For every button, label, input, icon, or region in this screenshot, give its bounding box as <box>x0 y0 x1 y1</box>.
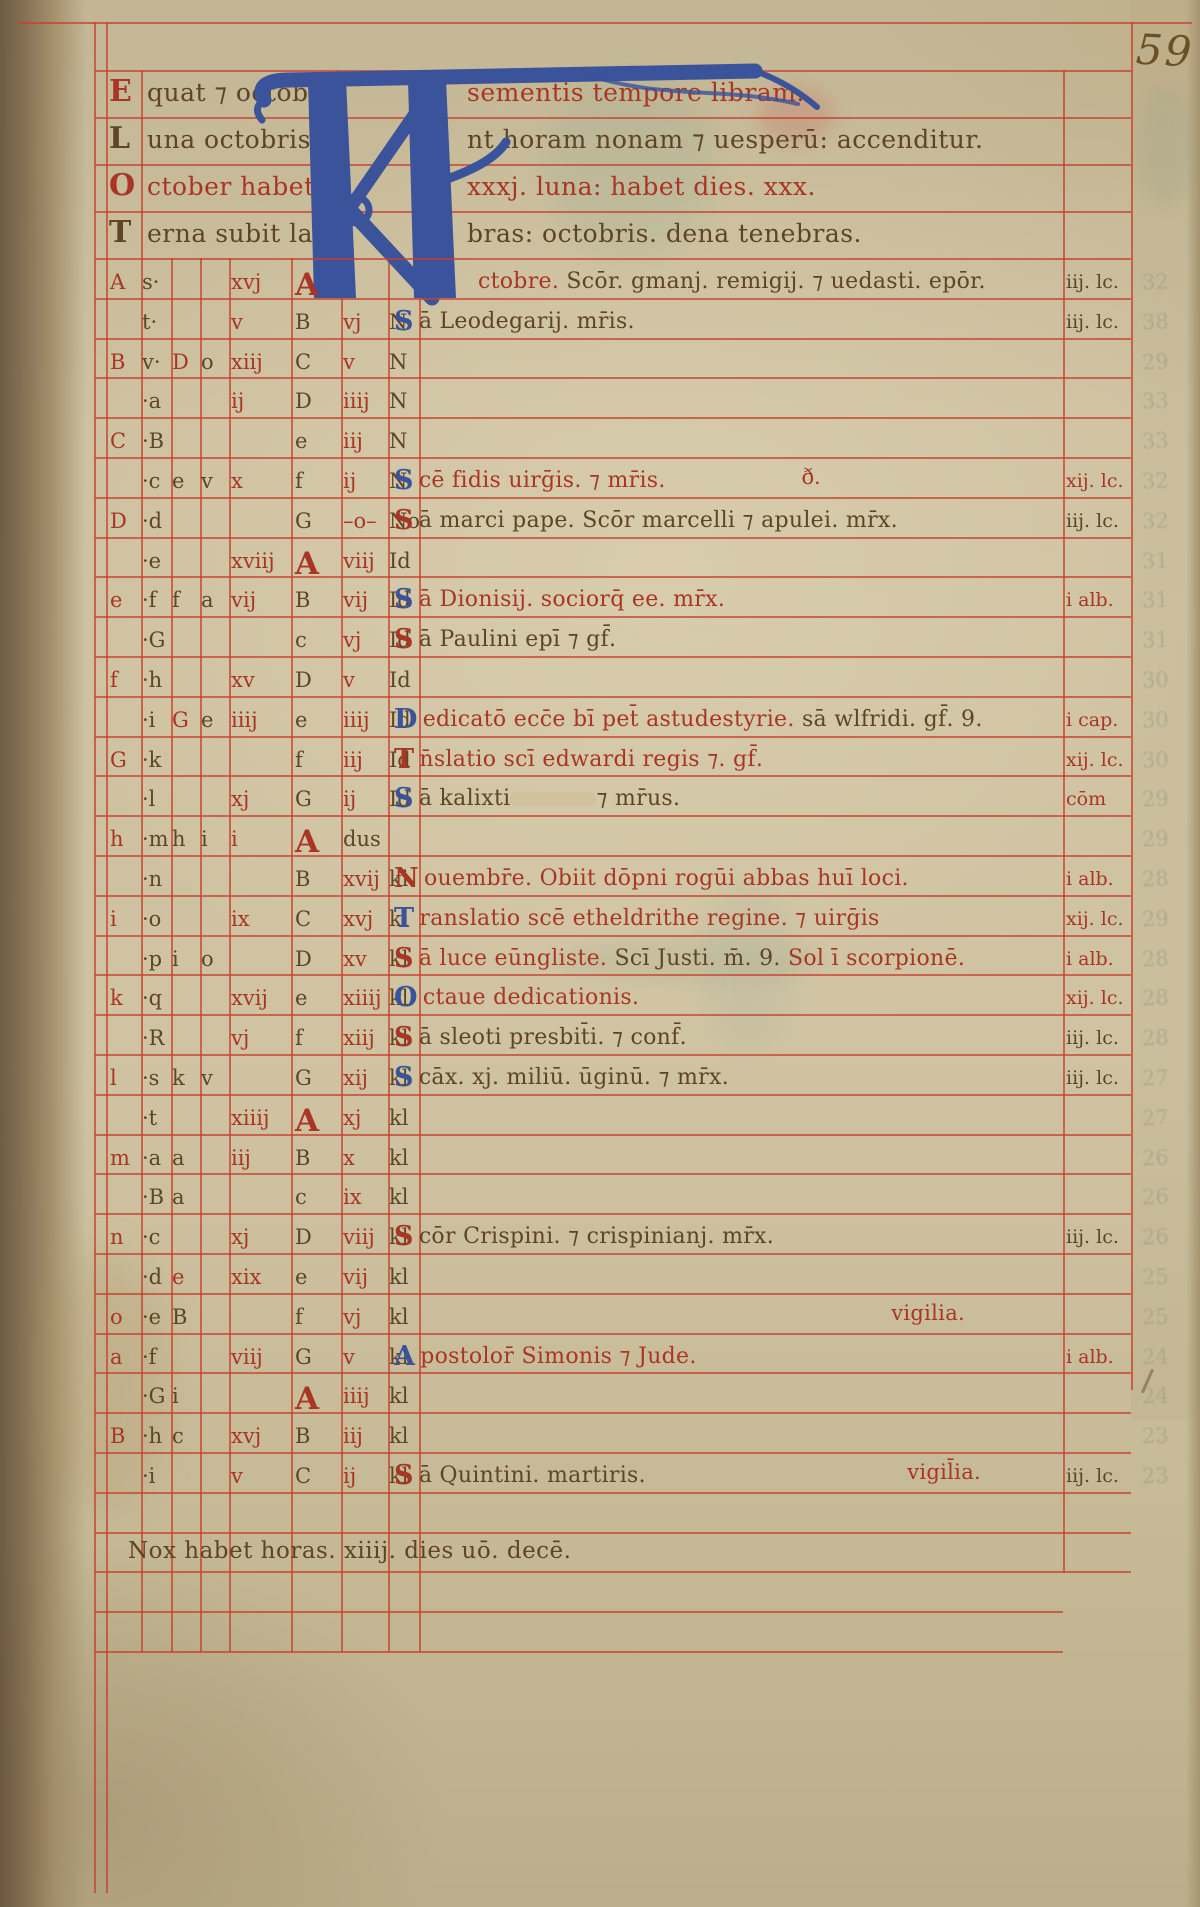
calendar-day-row: e·ffavijBvijIdSā Dionisij. sociorq̄ ee. … <box>0 576 1200 616</box>
roman-day-count: vj <box>343 1305 387 1329</box>
golden-number: viij <box>231 1345 289 1369</box>
dominical-letter: c <box>295 1185 339 1209</box>
golden-number: xiiij <box>231 1106 289 1130</box>
lunar-letter: ·f <box>142 588 171 612</box>
golden-number: vj <box>231 1026 289 1050</box>
vigil-note: vigil̄ia. <box>907 1460 981 1484</box>
ruled-line <box>95 1173 1131 1175</box>
roman-day-count: iiij <box>343 389 387 413</box>
lunar-letter: ·s <box>142 1066 171 1090</box>
dominical-letter: B <box>295 867 339 891</box>
ruled-line <box>95 417 1131 419</box>
ruled-line <box>95 298 1131 300</box>
feast-entry: Tn̄slatio scī edwardi regis ⁊. gf̄. <box>420 748 1061 772</box>
roman-day-count: xv <box>343 947 387 971</box>
dominical-letter: f <box>295 1305 339 1329</box>
feast-text: ā Dionisij. sociorq̄ ee. mr̄x. <box>419 587 725 612</box>
feast-text: ctobre. <box>478 269 559 294</box>
lunar-letter: ·q <box>142 986 171 1010</box>
week-letter: h <box>110 827 142 851</box>
feast-initial: S <box>394 1460 414 1491</box>
lunar-letter: ·d <box>142 1265 171 1289</box>
lunar-letter: o <box>201 350 229 374</box>
ruled-line <box>95 1492 1131 1494</box>
feast-text: Scī Justi. m̄. 9. <box>607 946 781 971</box>
feast-entry: ctobre. Scōr. gmanj. remigij. ⁊ uedasti.… <box>420 270 1119 294</box>
golden-number: v <box>231 1464 289 1488</box>
roman-day-count: –o– <box>343 509 387 533</box>
calendar-day-row: C·BeiijN <box>0 417 1200 457</box>
lunar-letter: ·G <box>142 1384 171 1408</box>
feast-text: ā Quintini. martiris. <box>419 1463 646 1488</box>
lunar-letter: ·o <box>142 907 171 931</box>
roman-day-count: dus <box>343 827 387 851</box>
calendar-day-row: ·iGeiiijeiiijIdDedicatō ecc̄e bī pet̄ as… <box>0 696 1200 736</box>
dominical-letter: e <box>295 1265 339 1289</box>
feast-text: ouembr̄e. Obiit dōpni rogūi abbas huī lo… <box>424 866 909 891</box>
golden-number: xvij <box>231 986 289 1010</box>
ruled-line <box>95 1412 1131 1414</box>
lunar-letter: ·l <box>142 787 171 811</box>
roman-day-count: iiij <box>343 1384 387 1408</box>
lunar-letter: ·i <box>142 1464 171 1488</box>
feast-initial: S <box>394 783 414 814</box>
lunar-letter: v <box>201 1066 229 1090</box>
calendar-day-row: ·GiAiiijkl <box>0 1372 1200 1412</box>
golden-number: xiij <box>231 350 289 374</box>
ruled-line <box>95 895 1131 897</box>
golden-number: i <box>231 827 289 851</box>
feast-text: ā Paulini epī ⁊ gf̄. <box>419 627 616 652</box>
lunar-letter: i <box>172 1384 200 1408</box>
roman-day-count: v <box>343 350 387 374</box>
calendar-day-row: h·mhiiAdus <box>0 815 1200 855</box>
erasure-gap <box>510 792 596 806</box>
feast-entry: Apostolor̄ Simonis ⁊ Jude. <box>420 1345 1061 1369</box>
dominical-letter: e <box>295 708 339 732</box>
ruled-line <box>95 377 1131 379</box>
lunar-letter: ·n <box>142 867 171 891</box>
lunar-letter: ·B <box>142 1185 171 1209</box>
feast-text: ā sleoti presbit̄i. ⁊ conf̄. <box>419 1025 687 1050</box>
dominical-letter: c <box>295 628 339 652</box>
dominical-letter: C <box>295 907 339 931</box>
week-letter: i <box>110 907 142 931</box>
feast-text: cōr Crispini. ⁊ crispinianj. mr̄x. <box>419 1224 774 1249</box>
lunar-letter: ·h <box>142 668 171 692</box>
lunar-letter: ·c <box>142 469 171 493</box>
feast-entry: Scāx. xj. miliū. ūginū. ⁊ mr̄x. <box>420 1066 1061 1090</box>
roman-day-count: vij <box>343 588 387 612</box>
feast-text: postolor̄ Simonis ⁊ Jude. <box>420 1344 696 1369</box>
golden-number: ix <box>231 907 289 931</box>
week-letter: f <box>110 668 142 692</box>
roman-day-count: viij <box>343 549 387 573</box>
feast-initial: S <box>394 943 414 974</box>
feast-initial: S <box>394 1221 414 1252</box>
dominical-letter: G <box>295 1066 339 1090</box>
week-letter: o <box>110 1305 142 1329</box>
feast-initial: S <box>394 306 414 337</box>
vigil-note: vigilia. <box>891 1301 965 1325</box>
lessons-grade: i alb. <box>1066 588 1128 612</box>
lessons-grade: xij. lc. <box>1066 469 1128 493</box>
lessons-grade: xij. lc. <box>1066 986 1128 1010</box>
lunar-letter: e <box>201 708 229 732</box>
dominical-letter: e <box>295 429 339 453</box>
lunar-letter: k <box>172 1066 200 1090</box>
ruled-line <box>95 1134 1131 1136</box>
ruled-line <box>95 576 1131 578</box>
dominical-letter: D <box>295 947 339 971</box>
calendar-day-row: ·cevxfijNScē fidis uirḡis. ⁊ mr̄is.ð.xij… <box>0 457 1200 497</box>
lessons-grade: cōm <box>1066 787 1128 811</box>
roman-marker: N <box>389 389 419 413</box>
roman-day-count: ix <box>343 1185 387 1209</box>
feast-initial: D <box>394 704 418 735</box>
dominical-letter: C <box>295 350 339 374</box>
week-letter: k <box>110 986 142 1010</box>
roman-day-count: viij <box>343 1225 387 1249</box>
lessons-grade: iij. lc. <box>1066 270 1128 294</box>
lunar-letter: ·f <box>142 1345 171 1369</box>
ruled-line <box>95 258 1131 260</box>
dominical-letter: f <box>295 1026 339 1050</box>
roman-day-count: vij <box>343 1265 387 1289</box>
feast-entry: Scē fidis uirḡis. ⁊ mr̄is.ð. <box>420 469 1061 493</box>
dominical-letter: f <box>295 748 339 772</box>
lunar-letter: ·G <box>142 628 171 652</box>
dominical-letter: A <box>295 270 339 300</box>
feast-entry: Sā Paulini epī ⁊ gf̄. <box>420 628 1061 652</box>
calendar-day-row: ·aijDiiijN <box>0 377 1200 417</box>
feast-text: ā marci pape. Scōr marcelli ⁊ apulei. mr… <box>419 508 898 533</box>
dominical-letter: A <box>295 1384 339 1414</box>
roman-day-count: ij <box>343 1464 387 1488</box>
ruled-line <box>95 815 1131 817</box>
feast-initial: S <box>394 505 414 536</box>
ruled-line <box>95 1014 1131 1016</box>
roman-day-count: xvij <box>343 867 387 891</box>
lunar-letter: e <box>172 1265 200 1289</box>
week-letter: C <box>110 429 142 453</box>
lunar-letter: ·B <box>142 429 171 453</box>
feast-entry: Scōr Crispini. ⁊ crispinianj. mr̄x. <box>420 1225 1061 1249</box>
week-letter: e <box>110 588 142 612</box>
feast-entry: Sā luce eūngliste. Scī Justi. m̄. 9. Sol… <box>420 947 1061 971</box>
feast-text: edicatō ecc̄e bī pet̄ astudestyrie. <box>423 707 795 732</box>
ruled-line <box>18 22 1192 24</box>
lessons-grade: xij. lc. <box>1066 907 1128 931</box>
ruled-line <box>95 1293 1131 1295</box>
feast-initial: O <box>394 982 418 1013</box>
feast-text: ā Leodegarij. mr̄is. <box>419 309 635 334</box>
roman-marker: N <box>389 350 419 374</box>
lunar-letter: ·i <box>142 708 171 732</box>
roman-marker: kl <box>389 1106 419 1130</box>
feast-initial: A <box>394 1341 415 1372</box>
ruled-line <box>95 1571 1131 1573</box>
lunar-letter: c <box>172 1424 200 1448</box>
lunar-letter: a <box>172 1146 200 1170</box>
golden-number: ij <box>231 389 289 413</box>
calendar-day-row: ·RvjfxiijklSā sleoti presbit̄i. ⁊ conf̄.… <box>0 1014 1200 1054</box>
roman-day-count: x <box>343 1146 387 1170</box>
feast-entry: Sā Dionisij. sociorq̄ ee. mr̄x. <box>420 588 1061 612</box>
lunar-letter: ·d <box>142 509 171 533</box>
lessons-grade: iij. lc. <box>1066 1225 1128 1249</box>
feast-entry: Sā kalixti⁊ mr̄us. <box>420 787 1061 811</box>
feast-text: cē fidis uirḡis. ⁊ mr̄is. <box>419 468 666 493</box>
roman-marker: kl <box>389 1185 419 1209</box>
feast-text: n̄slatio scī edwardi regis ⁊. gf̄. <box>419 747 763 772</box>
golden-number: xvj <box>231 1424 289 1448</box>
ruled-line <box>95 537 1131 539</box>
calendar-day-row: ·exviijAviijId <box>0 537 1200 577</box>
golden-number: x <box>231 469 289 493</box>
verse-initial: L <box>109 121 130 156</box>
calendar-day-row: B·hcxvjBiijkl <box>0 1412 1200 1452</box>
verse-initial: T <box>109 215 131 250</box>
lunar-letter: a <box>172 1185 200 1209</box>
lunar-letter: G <box>172 708 200 732</box>
calendar-day-row: ·lxjGijIdSā kalixti⁊ mr̄us.cōm <box>0 775 1200 815</box>
dominical-letter: A <box>295 827 339 857</box>
roman-day-count: v <box>343 668 387 692</box>
ruled-line <box>95 1253 1131 1255</box>
golden-number: vij <box>231 588 289 612</box>
calendar-day-row: ·GcvjIdSā Paulini epī ⁊ gf̄. <box>0 616 1200 656</box>
lunar-letter: ·a <box>142 389 171 413</box>
feast-text: ā luce eūngliste. <box>419 946 607 971</box>
feast-text: ā kalixti <box>419 786 511 811</box>
feast-initial: T <box>394 903 414 934</box>
calendar-day-row: As·xvjActobre. Scōr. gmanj. remigij. ⁊ u… <box>0 258 1200 298</box>
dominical-letter: B <box>295 1424 339 1448</box>
calendar-day-row: a·fviijGvklApostolor̄ Simonis ⁊ Jude.i a… <box>0 1333 1200 1373</box>
ruled-line <box>95 1651 1063 1653</box>
dominical-letter: D <box>295 1225 339 1249</box>
week-letter: a <box>110 1345 142 1369</box>
dominical-letter: G <box>295 509 339 533</box>
roman-day-count: iij <box>343 748 387 772</box>
roman-day-count: vj <box>343 310 387 334</box>
lunar-letter: ·t <box>142 1106 171 1130</box>
feast-entry: Sā sleoti presbit̄i. ⁊ conf̄. <box>420 1026 1061 1050</box>
dominical-letter: D <box>295 389 339 413</box>
calendar-day-row: ·ivCijklSā Quintini. martiris.vigil̄ia.i… <box>0 1452 1200 1492</box>
lunar-letter: ·h <box>142 1424 171 1448</box>
dominical-letter: G <box>295 1345 339 1369</box>
feast-text: cāx. xj. miliū. ūginū. ⁊ mr̄x. <box>419 1065 729 1090</box>
feast-entry: Sā marci pape. Scōr marcelli ⁊ apulei. m… <box>420 509 1061 533</box>
lessons-grade: i alb. <box>1066 947 1128 971</box>
calendar-day-row: Bv·DoxiijCvN <box>0 338 1200 378</box>
lunar-letter: ·e <box>142 1305 171 1329</box>
feast-initial: S <box>394 1022 414 1053</box>
verse-initial: E <box>109 74 132 109</box>
golden-number: iiij <box>231 708 289 732</box>
vigil-note: ð. <box>801 465 821 489</box>
lessons-grade: iij. lc. <box>1066 310 1128 334</box>
calendar-day-row: t·vBvjNSā Leodegarij. mr̄is.iij. lc. <box>0 298 1200 338</box>
lessons-grade: iij. lc. <box>1066 1026 1128 1050</box>
feast-initial: S <box>394 1062 414 1093</box>
roman-day-count: ij <box>343 787 387 811</box>
roman-day-count: xiij <box>343 1026 387 1050</box>
lunar-letter: ·m <box>142 827 171 851</box>
calendar-day-row: f·hxvDvId <box>0 656 1200 696</box>
golden-number: iij <box>231 1146 289 1170</box>
feast-text: sā wlfridi. gf̄. 9. <box>795 707 983 732</box>
week-letter: B <box>110 1424 142 1448</box>
roman-day-count: xiiij <box>343 986 387 1010</box>
feast-entry: Octaue dedicationis. <box>420 986 1061 1010</box>
roman-marker: Id <box>389 549 419 573</box>
roman-marker: kl <box>389 1305 419 1329</box>
roman-marker: Id <box>389 668 419 692</box>
calendar-day-row: ·txiiijAxjkl <box>0 1094 1200 1134</box>
manuscript-page: 59 E quat ⁊ octobr̄e sementis tempore li… <box>0 0 1200 1907</box>
roman-day-count: iij <box>343 1424 387 1448</box>
lunar-letter: ·k <box>142 748 171 772</box>
feast-text: ctaue dedicationis. <box>423 985 639 1010</box>
roman-marker: kl <box>389 1424 419 1448</box>
lunar-letter: i <box>201 827 229 851</box>
week-letter: n <box>110 1225 142 1249</box>
feast-text: ranslatio scē etheldrithe regine. ⁊ uirḡ… <box>419 906 879 931</box>
dominical-letter: B <box>295 1146 339 1170</box>
lessons-grade: iij. lc. <box>1066 509 1128 533</box>
golden-number: xviij <box>231 549 289 573</box>
ruled-line <box>95 696 1131 698</box>
lunar-letter: ·p <box>142 947 171 971</box>
calendar-day-row: ·Bacixkl <box>0 1173 1200 1213</box>
ruled-line <box>95 616 1131 618</box>
lunar-letter: a <box>201 588 229 612</box>
folio-number: 59 <box>1135 25 1195 77</box>
feast-entry: Translatio scē etheldrithe regine. ⁊ uir… <box>420 907 1061 931</box>
ruled-line <box>95 1452 1131 1454</box>
ruled-line <box>95 338 1131 340</box>
golden-number: xix <box>231 1265 289 1289</box>
feast-initial: T <box>394 744 414 775</box>
roman-day-count: ij <box>343 469 387 493</box>
calendar-day-row: ·nBxvijklNouembr̄e. Obiit dōpni rogūi ab… <box>0 855 1200 895</box>
feast-entry: Dedicatō ecc̄e bī pet̄ astudestyrie. sā … <box>420 708 1061 732</box>
ruled-line <box>95 457 1131 459</box>
week-letter: D <box>110 509 142 533</box>
dominical-letter: C <box>295 1464 339 1488</box>
feast-initial: S <box>394 465 414 496</box>
calendar-day-row: i·oixCxvjklTranslatio scē etheldrithe re… <box>0 895 1200 935</box>
ruled-line <box>95 497 1131 499</box>
golden-number: xv <box>231 668 289 692</box>
calendar-day-row: ·pioDxvklSā luce eūngliste. Scī Justi. m… <box>0 935 1200 975</box>
roman-marker: kl <box>389 1146 419 1170</box>
calendar-day-row: D·dG–o–NoSā marci pape. Scōr marcelli ⁊ … <box>0 497 1200 537</box>
week-letter: G <box>110 748 142 772</box>
lunar-letter: s· <box>142 270 171 294</box>
lunar-letter: h <box>172 827 200 851</box>
week-letter: B <box>110 350 142 374</box>
lessons-grade: i alb. <box>1066 1345 1128 1369</box>
lunar-letter: ·c <box>142 1225 171 1249</box>
lunar-letter: v· <box>142 350 171 374</box>
feast-entry: Sā Quintini. martiris.vigil̄ia. <box>420 1464 1061 1488</box>
feast-initial: N <box>394 863 419 894</box>
ruled-line <box>95 1333 1131 1335</box>
ruled-line <box>95 1054 1131 1056</box>
feast-entry: Sā Leodegarij. mr̄is. <box>420 310 1061 334</box>
calendar-day-row: G·kfiijIdTn̄slatio scī edwardi regis ⁊. … <box>0 736 1200 776</box>
lunar-letter: ·a <box>142 1146 171 1170</box>
week-letter: m <box>110 1146 142 1170</box>
week-letter: A <box>110 270 142 294</box>
week-letter: l <box>110 1066 142 1090</box>
ruled-line <box>95 1611 1063 1613</box>
roman-day-count: xvj <box>343 907 387 931</box>
feast-text: Sol ī scorpionē. <box>781 946 965 971</box>
calendar-day-row: n·cxjDviijklScōr Crispini. ⁊ crispinianj… <box>0 1213 1200 1253</box>
roman-marker: kl <box>389 1384 419 1408</box>
daylight-hours-note: Nox habet horas. xiiij. dies uō. decē. <box>128 1538 571 1564</box>
feast-initial: S <box>394 624 414 655</box>
ruled-line <box>95 736 1131 738</box>
verse-initial: O <box>109 168 135 203</box>
ruled-line <box>95 1094 1131 1096</box>
lunar-letter: t· <box>142 310 171 334</box>
lessons-grade: i alb. <box>1066 867 1128 891</box>
golden-number: v <box>231 310 289 334</box>
ruled-line <box>95 775 1131 777</box>
feast-initial: S <box>394 584 414 615</box>
lessons-grade: iij. lc. <box>1066 1066 1128 1090</box>
calendar-day-row: ·dexixevijkl <box>0 1253 1200 1293</box>
roman-day-count: xij <box>343 1066 387 1090</box>
dominical-letter: B <box>295 310 339 334</box>
roman-day-count: iiij <box>343 708 387 732</box>
ruled-line <box>95 935 1131 937</box>
calendar-day-row: o·eBfvjklvigilia. <box>0 1293 1200 1333</box>
roman-day-count: xj <box>343 1106 387 1130</box>
feast-entry: Nouembr̄e. Obiit dōpni rogūi abbas huī l… <box>420 867 1061 891</box>
ruled-line <box>95 974 1131 976</box>
lunar-letter: ·e <box>142 549 171 573</box>
calendar-day-row: m·aaiijBxkl <box>0 1134 1200 1174</box>
golden-number: xj <box>231 787 289 811</box>
lunar-letter: D <box>172 350 200 374</box>
lessons-grade: i cap. <box>1066 708 1128 732</box>
lunar-letter: i <box>172 947 200 971</box>
roman-day-count: iij <box>343 429 387 453</box>
feast-text: ⁊ mr̄us. <box>596 786 680 811</box>
golden-number: xvj <box>231 270 289 294</box>
lunar-letter: o <box>201 947 229 971</box>
dominical-letter: A <box>295 549 339 579</box>
dominical-letter: f <box>295 469 339 493</box>
ruled-line <box>95 656 1131 658</box>
dominical-letter: A <box>295 1106 339 1136</box>
roman-marker: N <box>389 429 419 453</box>
golden-number: xj <box>231 1225 289 1249</box>
dominical-letter: D <box>295 668 339 692</box>
calendar-day-row: l·skvGxijklScāx. xj. miliū. ūginū. ⁊ mr̄… <box>0 1054 1200 1094</box>
lunar-letter: f <box>172 588 200 612</box>
ruled-line <box>95 1213 1131 1215</box>
calendar-day-row: k·qxvijexiiijklOctaue dedicationis.xij. … <box>0 974 1200 1014</box>
dominical-letter: B <box>295 588 339 612</box>
